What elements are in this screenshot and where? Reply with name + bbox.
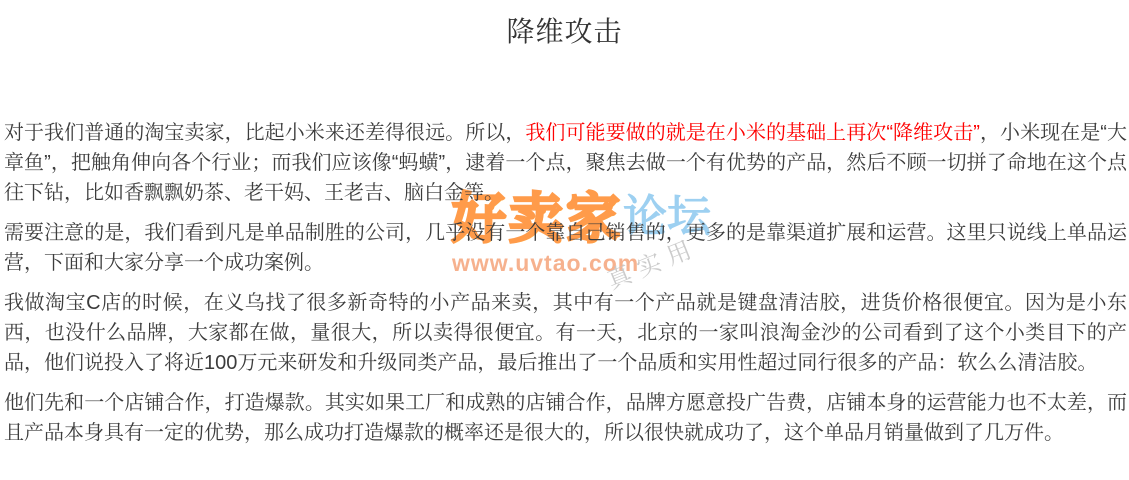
- paragraph-2: 需要注意的是，我们看到凡是单品制胜的公司，几乎没有一个靠自己销售的，更多的是靠渠…: [4, 218, 1127, 278]
- paragraph-1-highlight: 我们可能要做的就是在小米的基础上再次“降维攻击”: [525, 122, 980, 144]
- page-title: 降维攻击: [0, 0, 1129, 50]
- paragraph-4: 他们先和一个店铺合作，打造爆款。其实如果工厂和成熟的店铺合作，品牌方愿意投广告费…: [4, 388, 1127, 448]
- paragraph-1-lead: 对于我们普通的淘宝卖家，比起小米来还差得很远。所以，: [4, 122, 525, 144]
- paragraph-3: 我做淘宝C店的时候，在义乌找了很多新奇特的小产品来卖，其中有一个产品就是键盘清洁…: [4, 288, 1127, 378]
- article-body: 对于我们普通的淘宝卖家，比起小米来还差得很远。所以，我们可能要做的就是在小米的基…: [4, 118, 1127, 458]
- document-page: 降维攻击 好卖家论坛 www.uvtao.com 真实用 对于我们普通的淘宝卖家…: [0, 0, 1129, 480]
- paragraph-1: 对于我们普通的淘宝卖家，比起小米来还差得很远。所以，我们可能要做的就是在小米的基…: [4, 118, 1127, 208]
